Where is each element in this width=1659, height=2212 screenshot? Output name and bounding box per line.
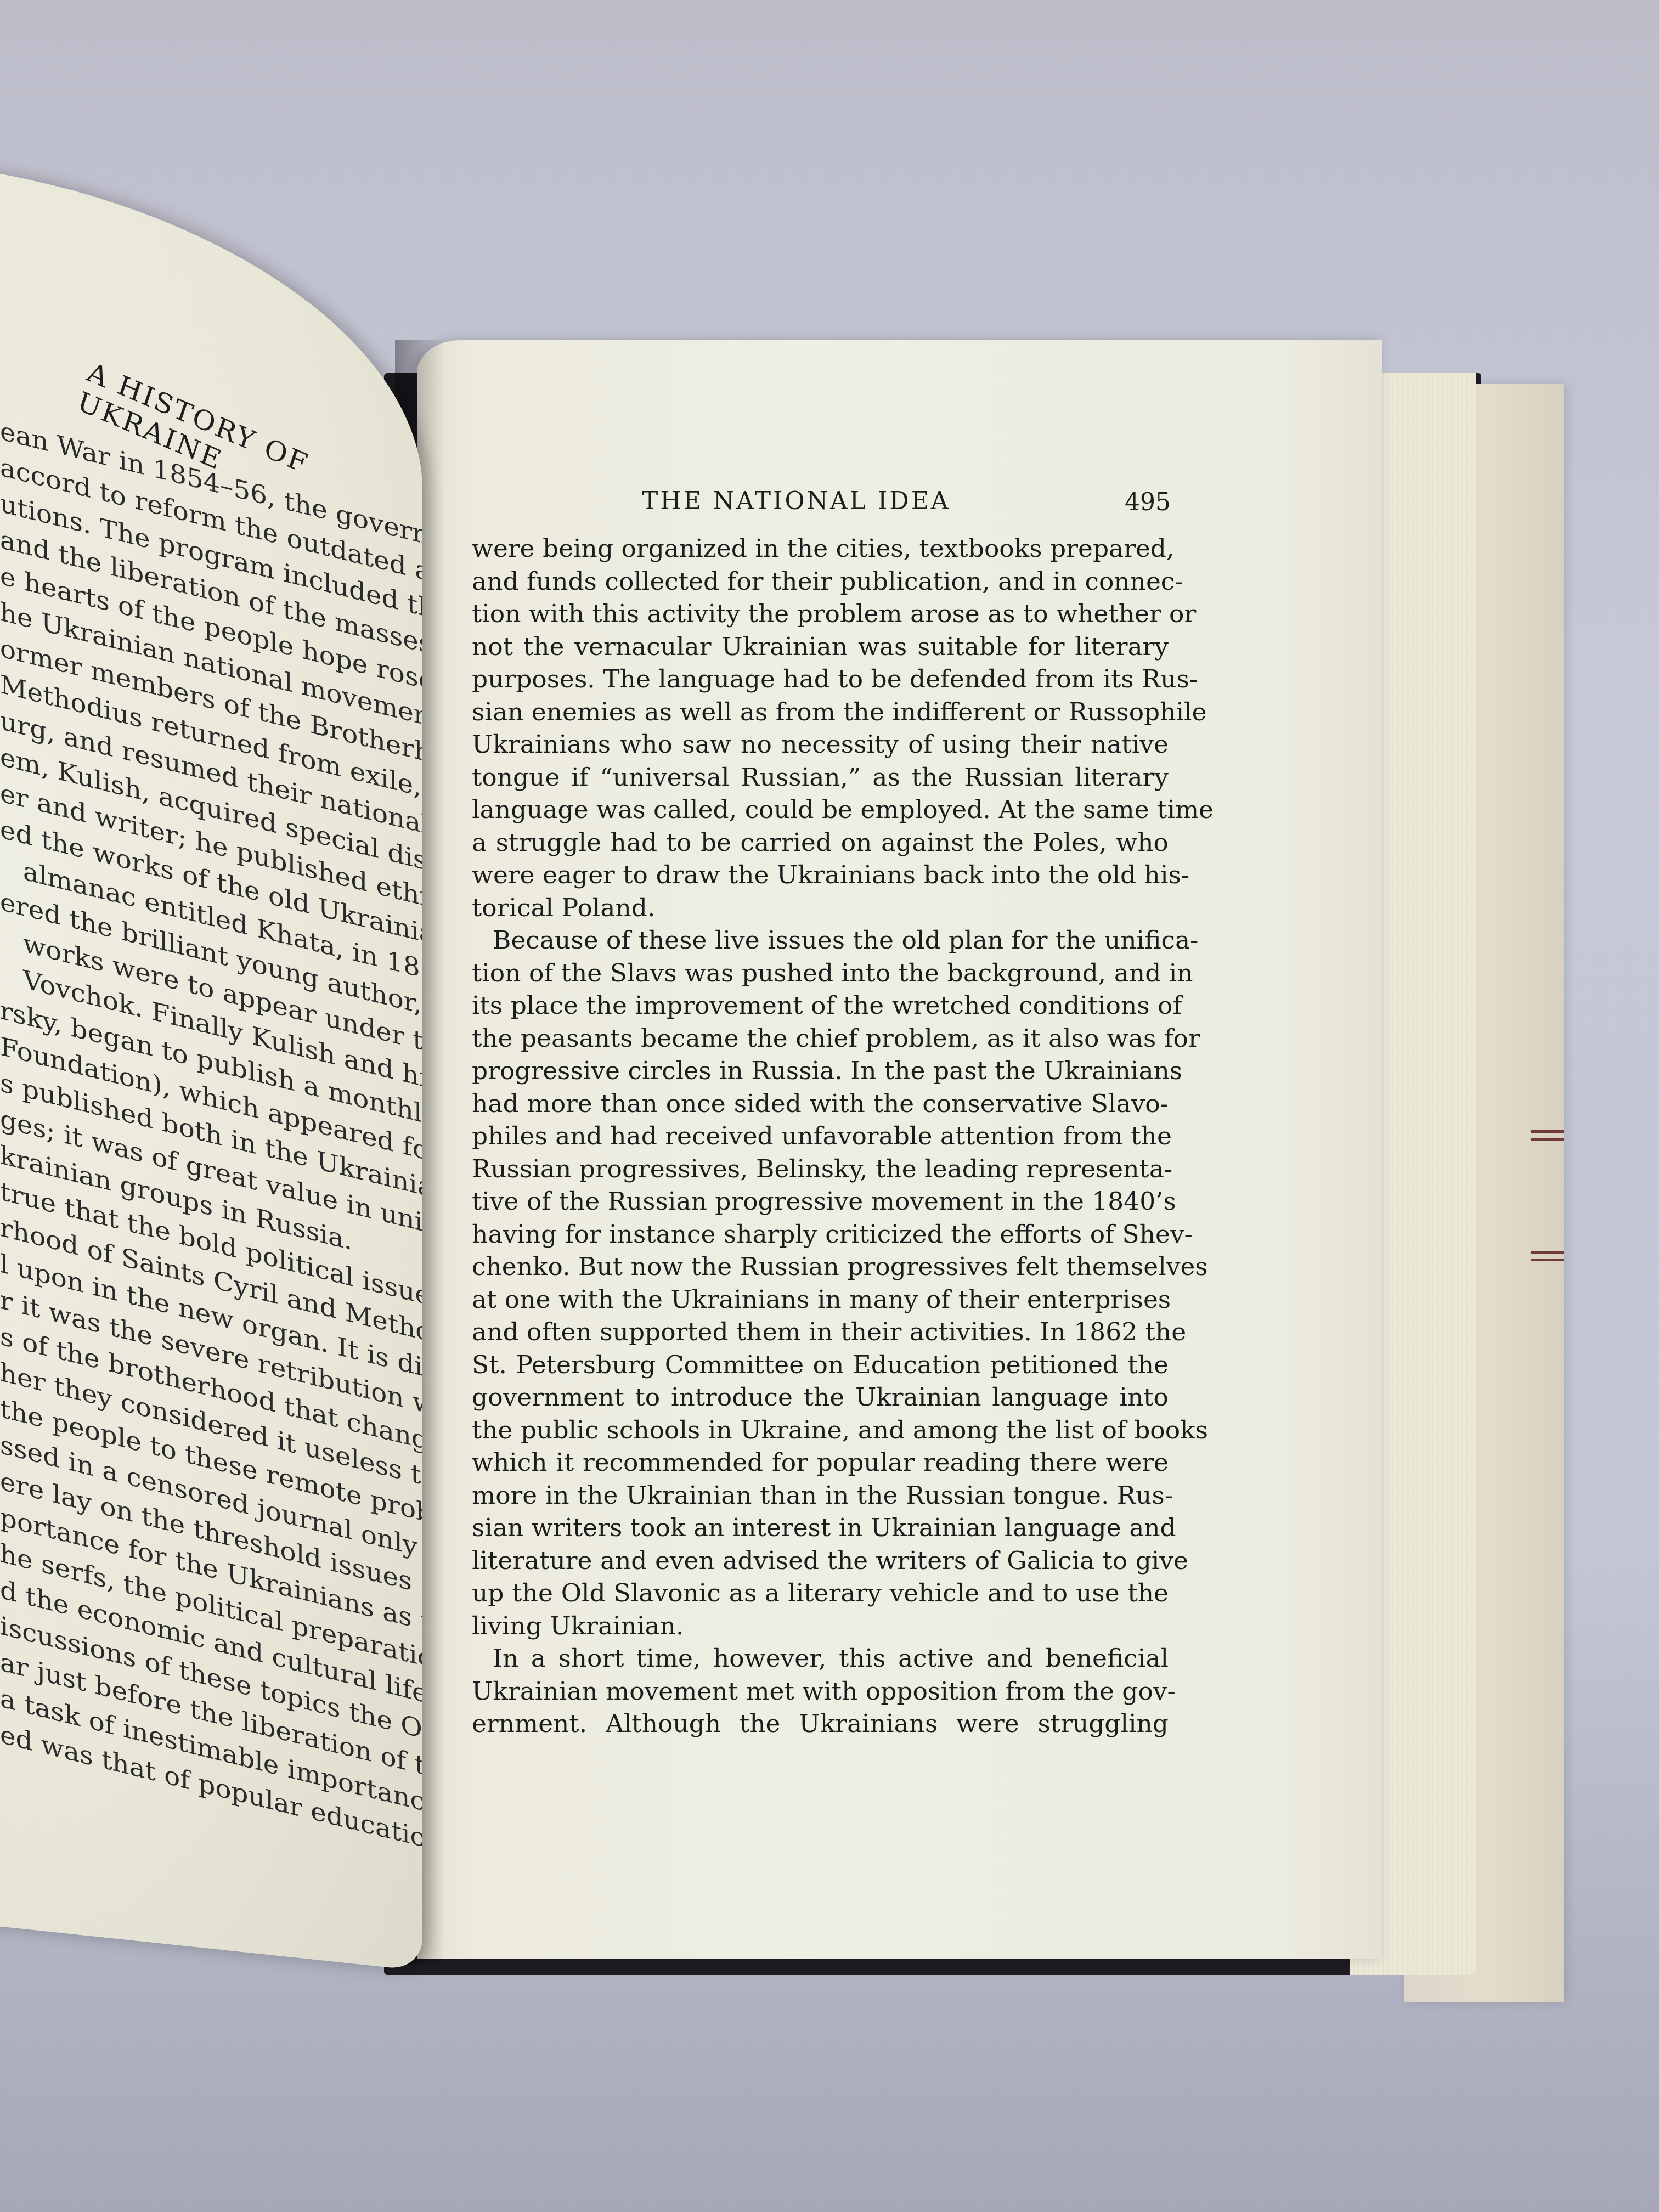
text-line: In a short time, however, this active an… (472, 1642, 1169, 1675)
text-line: the public schools in Ukraine, and among… (472, 1414, 1169, 1447)
text-line: which it recommended for popular reading… (472, 1446, 1169, 1479)
text-line: chenko. But now the Russian progressives… (472, 1250, 1169, 1283)
text-line: tion with this activity the problem aros… (472, 597, 1169, 630)
text-line: government to introduce the Ukrainian la… (472, 1381, 1169, 1414)
text-line: up the Old Slavonic as a literary vehicl… (472, 1577, 1169, 1610)
left-page-body: ean War in 1854–56, the government began… (0, 413, 415, 1854)
page-edge-mark (1531, 1259, 1564, 1261)
page-edge-mark (1531, 1251, 1564, 1254)
text-line: Because of these live issues the old pla… (472, 924, 1169, 957)
text-line: were being organized in the cities, text… (472, 532, 1169, 565)
text-line: at one with the Ukrainians in many of th… (472, 1283, 1169, 1316)
text-line: had more than once sided with the conser… (472, 1087, 1169, 1120)
text-line: sian writers took an interest in Ukraini… (472, 1511, 1169, 1544)
page-edge-mark (1531, 1130, 1564, 1133)
text-line: tive of the Russian progressive movement… (472, 1185, 1169, 1218)
text-line: Ukrainians who saw no necessity of using… (472, 728, 1169, 761)
text-line: not the vernacular Ukrainian was suitabl… (472, 630, 1169, 663)
text-line: were eager to draw the Ukrainians back i… (472, 859, 1169, 891)
text-line: language was called, could be employed. … (472, 793, 1169, 826)
page-edge-mark (1531, 1138, 1564, 1141)
text-line: progressive circles in Russia. In the pa… (472, 1054, 1169, 1087)
text-line: more in the Ukrainian than in the Russia… (472, 1479, 1169, 1512)
text-line: a struggle had to be carried on against … (472, 826, 1169, 859)
text-line: St. Petersburg Committee on Education pe… (472, 1348, 1169, 1381)
left-page: A HISTORY OF UKRAINE ean War in 1854–56,… (0, 154, 422, 1971)
text-line: sian enemies as well as from the indiffe… (472, 696, 1169, 729)
right-page-body: were being organized in the cities, text… (472, 532, 1169, 1740)
text-line: and funds collected for their publicatio… (472, 565, 1169, 598)
text-line: torical Poland. (472, 891, 1169, 924)
right-running-head: THE NATIONAL IDEA (642, 487, 951, 515)
text-line: ernment. Although the Ukrainians were st… (472, 1707, 1169, 1740)
text-line: tongue if “universal Russian,” as the Ru… (472, 761, 1169, 794)
text-line: Ukrainian movement met with opposition f… (472, 1675, 1169, 1708)
text-line: the peasants became the chief problem, a… (472, 1022, 1169, 1055)
text-line: living Ukrainian. (472, 1610, 1169, 1643)
text-line: purposes. The language had to be defende… (472, 663, 1169, 696)
text-line: and often supported them in their activi… (472, 1316, 1169, 1348)
text-line: Russian progressives, Belinsky, the lead… (472, 1153, 1169, 1186)
page-number: 495 (1125, 488, 1171, 516)
text-line: its place the improvement of the wretche… (472, 989, 1169, 1022)
text-line: literature and even advised the writers … (472, 1544, 1169, 1577)
text-line: tion of the Slavs was pushed into the ba… (472, 957, 1169, 990)
text-line: philes and had received unfavorable atte… (472, 1120, 1169, 1153)
text-line: having for instance sharply criticized t… (472, 1218, 1169, 1251)
